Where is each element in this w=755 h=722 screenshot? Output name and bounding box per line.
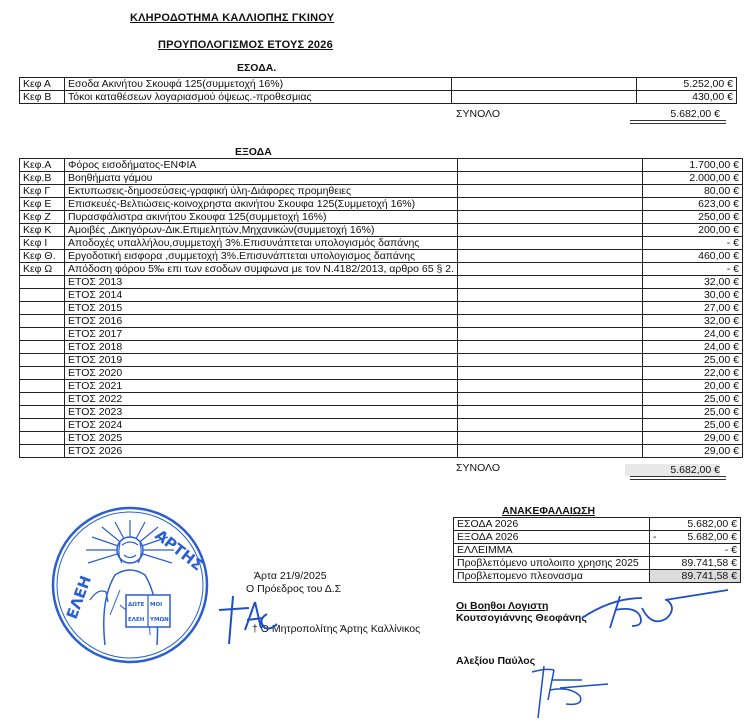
expense-row: Κεφ ΖΠυρασφάλιστρα ακινήτου Σκουφα 125(σ… (20, 211, 743, 224)
row-spacer (458, 367, 643, 380)
row-amount: 32,00 € (643, 315, 743, 328)
row-spacer (458, 172, 643, 185)
summary-row: Προβλεπόμενο υπολοιπο χρησης 202589.741,… (454, 557, 741, 570)
accountant-2-name: Αλεξίου Παύλος (456, 655, 535, 667)
income-section-title: ΕΣΟΔΑ. (237, 62, 276, 74)
svg-text:ΜΟΙ: ΜΟΙ (150, 602, 162, 608)
summary-amount: -5.682,00 € (650, 531, 741, 544)
summary-row: ΕΣΟΔΑ 20265.682,00 € (454, 518, 741, 531)
document-title: ΚΛΗΡΟΔΟΤΗΜΑ ΚΑΛΛΙΟΠΗΣ ΓΚΙΝΟΥ (130, 12, 334, 24)
row-spacer (458, 276, 643, 289)
row-amount: - € (643, 263, 743, 276)
row-amount: 32,00 € (643, 276, 743, 289)
row-description: Απόδοση φόρου 5‰ επι των εσοδων συμφωνα … (65, 263, 458, 276)
row-description: Αμοιβές ,Δικηγόρων-Δικ.Επιμελητών,Μηχανι… (65, 224, 458, 237)
row-description: ΕΤΟΣ 2019 (65, 354, 458, 367)
row-amount: 29,00 € (643, 432, 743, 445)
summary-value: 5.682,00 € (687, 518, 737, 530)
summary-label: Προβλεπόμενο υπολοιπο χρησης 2025 (454, 557, 650, 570)
summary-value: - € (725, 544, 737, 556)
summary-table: ΕΣΟΔΑ 20265.682,00 €ΕΞΟΔΑ 2026-5.682,00 … (453, 517, 741, 583)
expense-row: ΕΤΟΣ 201430,00 € (20, 289, 743, 302)
expense-row: ΕΤΟΣ 202225,00 € (20, 393, 743, 406)
row-description: ΕΤΟΣ 2022 (65, 393, 458, 406)
expense-row: Κεφ ΩΑπόδοση φόρου 5‰ επι των εσοδων συμ… (20, 263, 743, 276)
expense-row: Κεφ.ΒΒοηθήματα γάμου2.000,00 € (20, 172, 743, 185)
row-description: ΕΤΟΣ 2025 (65, 432, 458, 445)
row-code (20, 393, 65, 406)
row-code (20, 302, 65, 315)
svg-text:ΕΛΕΗ: ΕΛΕΗ (128, 617, 145, 623)
expense-total-underline (630, 476, 726, 480)
income-total-label: ΣΥΝΟΛΟ (456, 108, 500, 120)
expense-row: ΕΤΟΣ 202529,00 € (20, 432, 743, 445)
document-subtitle: ΠΡΟΥΠΟΛΟΓΙΣΜΟΣ ΕΤΟΥΣ 2026 (158, 39, 333, 51)
row-description: ΕΤΟΣ 2026 (65, 445, 458, 458)
row-spacer (458, 224, 643, 237)
row-spacer (458, 406, 643, 419)
row-amount: 25,00 € (643, 354, 743, 367)
row-spacer (458, 289, 643, 302)
income-row: Κεφ ΑΕσοδα Ακινήτου Σκουφά 125(συμμετοχή… (20, 78, 737, 91)
row-spacer (458, 393, 643, 406)
row-spacer (458, 263, 643, 276)
income-table: Κεφ ΑΕσοδα Ακινήτου Σκουφά 125(συμμετοχή… (19, 77, 737, 104)
row-amount: 80,00 € (643, 185, 743, 198)
row-description: ΕΤΟΣ 2021 (65, 380, 458, 393)
row-spacer (458, 445, 643, 458)
expense-table: Κεφ.ΑΦόρος εισοδήματος-ΕΝΦΙΑ1.700,00 €Κε… (19, 158, 743, 458)
summary-label: Προβλεπομενο πλεονασμα (454, 570, 650, 583)
expense-row: Κεφ ΙΑποδοχές υπαλλήλου,συμμετοχή 3%.Επι… (20, 237, 743, 250)
summary-row: Προβλεπομενο πλεονασμα89.741,58 € (454, 570, 741, 583)
expense-row: Κεφ ΓΕκτυπωσεις-δημοσεύσεις-γραφική ύλη-… (20, 185, 743, 198)
row-spacer (458, 328, 643, 341)
row-spacer (458, 302, 643, 315)
row-code: Κεφ Ζ (20, 211, 65, 224)
expense-row: Κεφ Θ.Εργοδοτική εισφορα ,συμμετοχή 3%.Ε… (20, 250, 743, 263)
row-spacer (458, 432, 643, 445)
expense-section-title: ΕΞΟΔΑ (235, 146, 272, 158)
row-spacer (458, 354, 643, 367)
income-total-amount: 5.682,00 € (625, 108, 720, 120)
expense-row: ΕΤΟΣ 202629,00 € (20, 445, 743, 458)
accountants-title: Οι Βοηθοι Λογιστη (456, 600, 548, 612)
expense-row: ΕΤΟΣ 201724,00 € (20, 328, 743, 341)
expense-row: Κεφ ΕΕπισκευές-Βελτιώσεις-κοινοχρηστα ακ… (20, 198, 743, 211)
row-description: ΕΤΟΣ 2017 (65, 328, 458, 341)
row-description: Εκτυπωσεις-δημοσεύσεις-γραφική ύλη-Διάφο… (65, 185, 458, 198)
row-code (20, 380, 65, 393)
row-code: Κεφ.Α (20, 159, 65, 172)
row-code (20, 354, 65, 367)
row-spacer (458, 211, 643, 224)
accountant-1-name: Κουτσογιάννης Θεοφάνης (456, 612, 587, 624)
row-code (20, 276, 65, 289)
summary-prefix: - (653, 531, 657, 543)
accountant-2-signature-icon (530, 660, 610, 720)
row-code: Κεφ Ω (20, 263, 65, 276)
row-amount: 623,00 € (643, 198, 743, 211)
row-amount: 24,00 € (643, 328, 743, 341)
svg-text:ΔΩΤΕ: ΔΩΤΕ (128, 602, 145, 608)
summary-label: ΕΞΟΔΑ 2026 (454, 531, 650, 544)
row-spacer (458, 159, 643, 172)
row-code: Κεφ Ε (20, 198, 65, 211)
row-amount: 20,00 € (643, 380, 743, 393)
row-code (20, 328, 65, 341)
row-spacer (458, 250, 643, 263)
row-description: Αποδοχές υπαλλήλου,συμμετοχή 3%.Επισυνάπ… (65, 237, 458, 250)
summary-amount: - € (650, 544, 741, 557)
row-description: Βοηθήματα γάμου (65, 172, 458, 185)
place-date: Άρτα 21/9/2025 (254, 570, 327, 582)
row-description: Επισκευές-Βελτιώσεις-κοινοχρηστα ακινήτο… (65, 198, 458, 211)
row-description: ΕΤΟΣ 2020 (65, 367, 458, 380)
summary-row: ΕΛΛΕΙΜΜΑ- € (454, 544, 741, 557)
row-description: ΕΤΟΣ 2018 (65, 341, 458, 354)
row-amount: 430,00 € (637, 91, 737, 104)
row-code: Κεφ Α (20, 78, 65, 91)
row-amount: 2.000,00 € (643, 172, 743, 185)
row-amount: 30,00 € (643, 289, 743, 302)
row-code (20, 315, 65, 328)
row-code: Κεφ.Β (20, 172, 65, 185)
row-amount: 1.700,00 € (643, 159, 743, 172)
church-seal-icon: ΑΡΤΗΣ ΕΛΕΗ ΔΩΤΕ ΜΟΙ ΕΛΕΗ ΥΜΩΝ (50, 505, 210, 665)
summary-amount: 5.682,00 € (650, 518, 741, 531)
row-description: Φόρος εισοδήματος-ΕΝΦΙΑ (65, 159, 458, 172)
row-spacer (458, 419, 643, 432)
income-total-underline (630, 120, 726, 124)
expense-row: ΕΤΟΣ 201527,00 € (20, 302, 743, 315)
income-row: Κεφ ΒΤόκοι καταθέσεων λογαριασμού όψεως.… (20, 91, 737, 104)
row-amount: 22,00 € (643, 367, 743, 380)
row-code: Κεφ Β (20, 91, 65, 104)
summary-value: 5.682,00 € (687, 531, 737, 543)
row-spacer (458, 315, 643, 328)
row-spacer (458, 341, 643, 354)
summary-value: 89.741,58 € (682, 557, 737, 569)
row-description: ΕΤΟΣ 2013 (65, 276, 458, 289)
row-amount: 200,00 € (643, 224, 743, 237)
summary-label: ΕΣΟΔΑ 2026 (454, 518, 650, 531)
row-code: Κεφ Γ (20, 185, 65, 198)
summary-row: ΕΞΟΔΑ 2026-5.682,00 € (454, 531, 741, 544)
president-signature-icon (215, 592, 285, 647)
row-code (20, 367, 65, 380)
expense-row: ΕΤΟΣ 202022,00 € (20, 367, 743, 380)
row-code: Κεφ Ι (20, 237, 65, 250)
row-spacer (458, 198, 643, 211)
expense-row: ΕΤΟΣ 201332,00 € (20, 276, 743, 289)
expense-row: ΕΤΟΣ 202120,00 € (20, 380, 743, 393)
row-amount: 25,00 € (643, 393, 743, 406)
expense-total-amount: 5.682,00 € (625, 464, 720, 476)
row-amount: 460,00 € (643, 250, 743, 263)
row-code (20, 289, 65, 302)
expense-row: Κεφ ΚΑμοιβές ,Δικηγόρων-Δικ.Επιμελητών,Μ… (20, 224, 743, 237)
row-spacer (452, 91, 637, 104)
expense-row: ΕΤΟΣ 202325,00 € (20, 406, 743, 419)
row-code (20, 341, 65, 354)
seal-left-text: ΕΛΕΗ (63, 573, 95, 621)
expense-row: ΕΤΟΣ 201925,00 € (20, 354, 743, 367)
expense-row: ΕΤΟΣ 201632,00 € (20, 315, 743, 328)
row-description: ΕΤΟΣ 2015 (65, 302, 458, 315)
row-code (20, 419, 65, 432)
row-description: ΕΤΟΣ 2016 (65, 315, 458, 328)
accountant-1-signature-icon (580, 588, 730, 633)
expense-row: ΕΤΟΣ 202425,00 € (20, 419, 743, 432)
row-description: ΕΤΟΣ 2014 (65, 289, 458, 302)
row-description: ΕΤΟΣ 2024 (65, 419, 458, 432)
row-amount: 27,00 € (643, 302, 743, 315)
expense-row: ΕΤΟΣ 201824,00 € (20, 341, 743, 354)
row-code (20, 445, 65, 458)
row-spacer (458, 380, 643, 393)
row-description: Πυρασφάλιστρα ακινήτου Σκουφα 125(συμμετ… (65, 211, 458, 224)
row-amount: 25,00 € (643, 406, 743, 419)
expense-row: Κεφ.ΑΦόρος εισοδήματος-ΕΝΦΙΑ1.700,00 € (20, 159, 743, 172)
row-description: Εσοδα Ακινήτου Σκουφά 125(συμμετοχή 16%) (65, 78, 452, 91)
row-amount: 25,00 € (643, 419, 743, 432)
row-description: Εργοδοτική εισφορα ,συμμετοχή 3%.Επισυνά… (65, 250, 458, 263)
row-spacer (452, 78, 637, 91)
svg-text:ΥΜΩΝ: ΥΜΩΝ (149, 617, 169, 623)
summary-amount: 89.741,58 € (650, 570, 741, 583)
expense-total-label: ΣΥΝΟΛΟ (456, 462, 500, 474)
summary-value: 89.741,58 € (682, 570, 737, 582)
summary-title: ΑΝΑΚΕΦΑΛΑΙΩΣΗ (502, 505, 595, 517)
row-code (20, 432, 65, 445)
row-amount: - € (643, 237, 743, 250)
row-amount: 29,00 € (643, 445, 743, 458)
row-spacer (458, 185, 643, 198)
row-description: ΕΤΟΣ 2023 (65, 406, 458, 419)
row-spacer (458, 237, 643, 250)
row-code: Κεφ Κ (20, 224, 65, 237)
row-amount: 24,00 € (643, 341, 743, 354)
row-code: Κεφ Θ. (20, 250, 65, 263)
summary-amount: 89.741,58 € (650, 557, 741, 570)
summary-label: ΕΛΛΕΙΜΜΑ (454, 544, 650, 557)
row-amount: 250,00 € (643, 211, 743, 224)
row-code (20, 406, 65, 419)
row-description: Τόκοι καταθέσεων λογαριασμού όψεως.-προθ… (65, 91, 452, 104)
row-amount: 5.252,00 € (637, 78, 737, 91)
